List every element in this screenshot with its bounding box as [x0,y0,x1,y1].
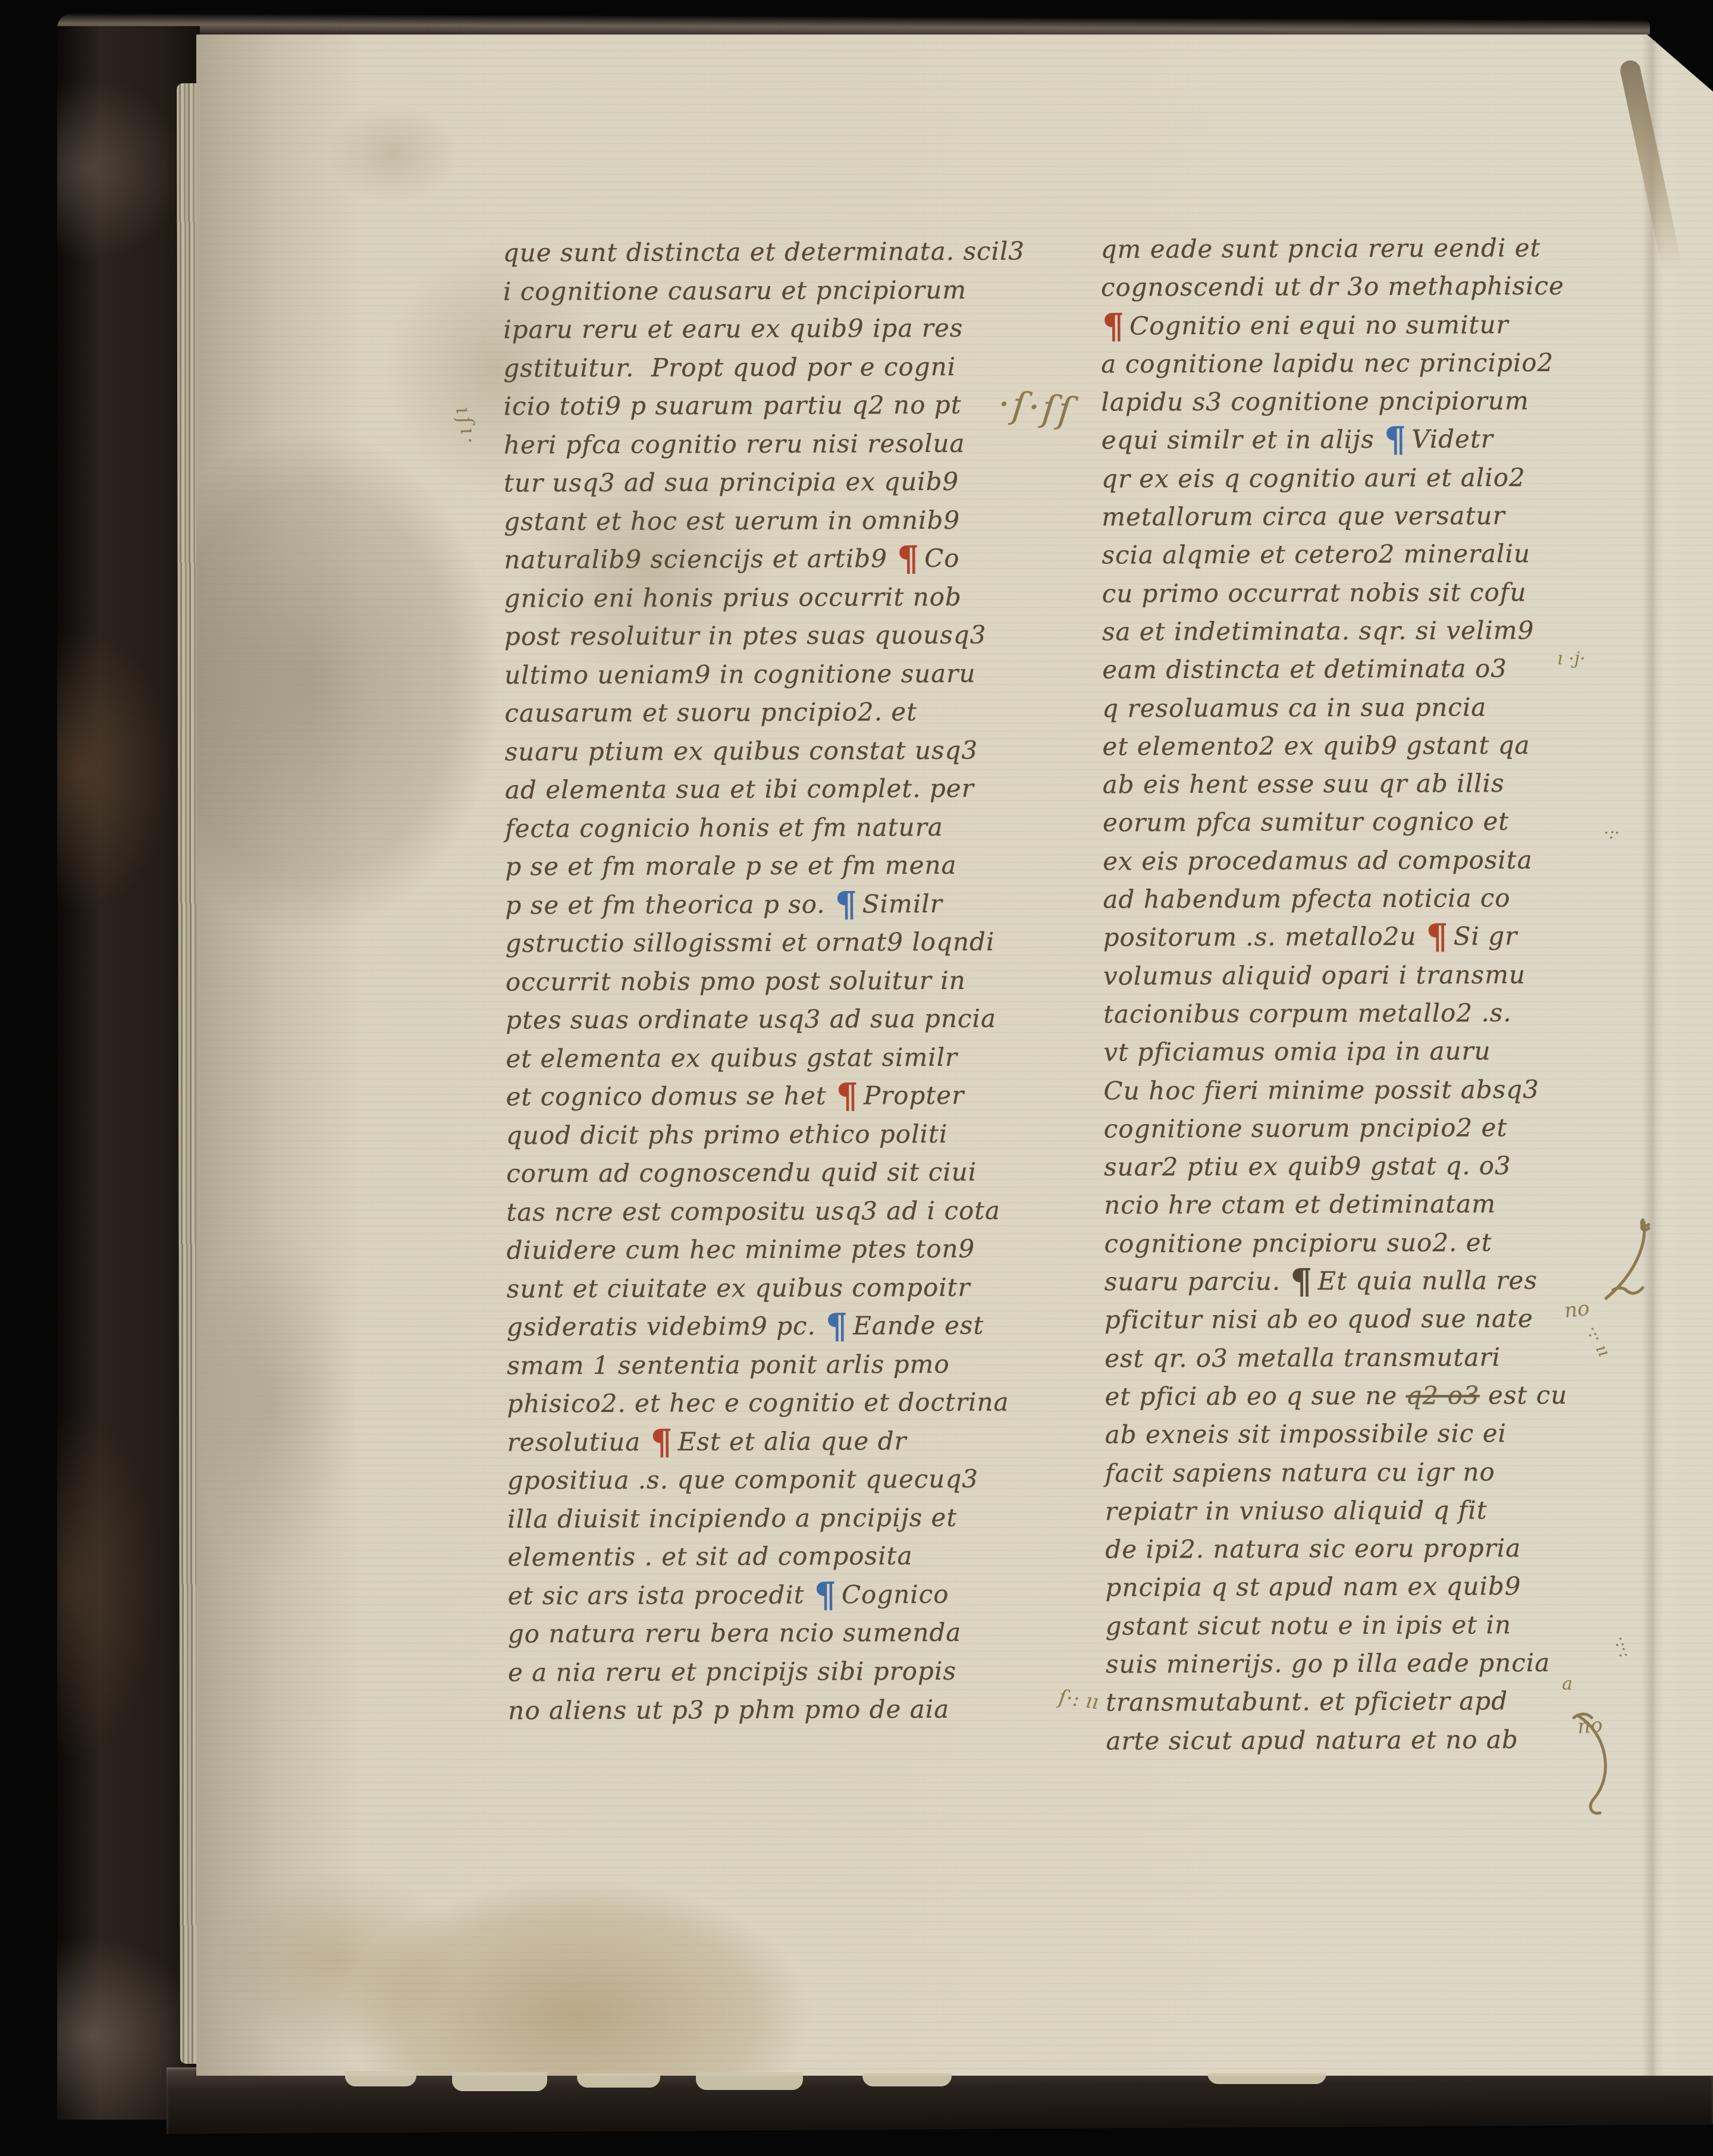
manuscript-text-line: scia alqmie et cetero2 mineraliu [1102,535,1637,575]
manuscript-text-line: gstructio sillogissmi et ornat9 loqndi [506,922,1029,963]
text-segment: tacionibus corpum metallo2 .s. [1103,998,1512,1028]
manuscript-text-line: heri pfca cognitio reru nisi resolua [504,424,1027,465]
text-segment: cognitione pncipioru suo2. et [1104,1228,1492,1258]
manuscript-text-line: et elemento2 ex quib9 gstant qa [1102,726,1637,765]
text-segment: arte sicut apud natura et no ab [1106,1725,1519,1755]
text-segment: et cognico domus se het [506,1081,835,1112]
pilcrow-mark: ¶ [826,1309,848,1344]
pilcrow-mark: ¶ [897,541,920,576]
text-segment: Cognitio eni equi no sumitur [1130,310,1509,340]
manuscript-text-line: q resoluamus ca in sua pncia [1102,688,1637,727]
pen-flourish-lower [1560,1709,1631,1828]
manuscript-text-line: icio toti9 p suarum partiu q2 no pt [504,385,1027,426]
manuscript-text-line: volumus aliquid opari i transmu [1103,955,1639,995]
text-segment: Est et alia que dr [678,1426,907,1456]
text-segment: tur usq3 ad sua principia ex quib9 [504,467,959,498]
manuscript-text-line: est qr. o3 metalla transmutari [1105,1338,1640,1377]
manuscript-text-line: vt pficiamus omia ipa in auru [1103,1032,1639,1072]
manuscript-text-line: de ipi2. natura sic eoru propria [1105,1529,1640,1569]
text-segment: cognoscendi ut dr 3o methaphisice [1101,271,1564,302]
manuscript-text-line: tas ncre est compositu usq3 ad i cota [506,1191,1030,1232]
text-segment: tas ncre est compositu usq3 ad i cota [506,1195,1000,1226]
text-segment: iparu reru et earu ex quib9 ipa res [503,313,963,344]
text-segment: gstituitur. Propt quod por e cogni [503,352,956,382]
text-segment: cu primo occurrat nobis sit cofu [1102,578,1527,608]
text-segment: suar2 ptiu ex quib9 gstat q. o3 [1104,1151,1511,1181]
torn-bottom-edge [1207,2073,1326,2084]
text-segment: Similr [862,889,943,918]
text-segment: ex eis procedamus ad composita [1103,845,1533,876]
manuscript-text-line: et elementa ex quibus gstat similr [506,1038,1029,1078]
manuscript-text-line: sunt et ciuitate ex quibus compoitr [507,1268,1030,1308]
text-column-left: que sunt distincta et determinata. scil3… [503,232,1032,1730]
manuscript-text-line: ab eis hent esse suu qr ab illis [1103,764,1638,804]
text-segment: suaru ptium ex quibus constat usq3 [505,735,978,766]
text-segment: vt pficiamus omia ipa in auru [1103,1037,1491,1067]
marginal-nota-intercolumn: ·ſ·ſſ [996,381,1077,432]
manuscript-text-line: smam 1 sententia ponit arlis pmo [507,1345,1030,1385]
manuscript-text-line: resolutiua ¶Est et alia que dr [507,1421,1031,1462]
text-segment: go natura reru bera ncio sumenda [508,1618,962,1649]
manuscript-text-line: ultimo ueniam9 in cognitione suaru [504,654,1028,695]
manuscript-text-line: et pfici ab eo q sue ne q2 o3 est cu [1105,1376,1640,1416]
text-segment: occurrit nobis pmo post soluitur in [506,965,966,996]
text-segment: pncipia q st apud nam ex quib9 [1105,1572,1521,1602]
text-segment: q resoluamus ca in sua pncia [1102,692,1486,723]
text-segment: illa diuisit incipiendo a pncipijs et [507,1502,957,1533]
text-segment: ad elementa sua et ibi complet. per [505,774,974,805]
manuscript-text-line: gnicio eni honis prius occurrit nob [504,578,1028,618]
text-segment: ncio hre ctam et detiminatam [1104,1190,1496,1220]
manuscript-text-line: positorum .s. metallo2u ¶Si gr [1103,917,1639,957]
text-segment: gnicio eni honis prius occurrit nob [504,582,962,613]
text-segment: e a nia reru et pncipijs sibi propis [508,1656,956,1687]
text-segment: gstant et hoc est uerum in omnib9 [504,505,960,536]
text-segment: no aliens ut p3 p phm pmo de aia [508,1694,949,1725]
marginal-mark-right-2: ·:· [1604,823,1620,843]
manuscript-text-line: causarum et suoru pncipio2. et [504,692,1028,733]
manuscript-text-line: corum ad cognoscendu quid sit ciui [506,1153,1030,1193]
text-segment: phisico2. et hec e cognitio et doctrina [507,1388,1009,1418]
text-segment: gpositiua .s. que componit quecuq3 [507,1464,978,1495]
text-segment: a cognitione lapidu nec principio2 [1101,348,1554,379]
manuscript-text-line: eorum pfca sumitur cognico et [1103,802,1638,842]
text-segment: eorum pfca sumitur cognico et [1103,807,1509,837]
manuscript-page: que sunt distincta et determinata. scil3… [196,34,1713,2076]
text-segment: Si gr [1454,921,1518,950]
text-segment: Cognico [842,1579,949,1609]
marginal-nota-left: ıſı· [451,404,483,450]
text-segment: gstructio sillogissmi et ornat9 loqndi [506,927,995,958]
manuscript-text-line: diuidere cum hec minime ptes ton9 [506,1229,1030,1270]
torn-bottom-edge [452,2072,547,2091]
text-segment: et elementa ex quibus gstat similr [506,1042,958,1073]
pilcrow-mark: ¶ [651,1424,673,1459]
text-segment: Propter [864,1081,964,1110]
text-segment: Co [924,544,960,573]
manuscript-text-line: gstant et hoc est uerum in omnib9 [504,501,1027,541]
text-segment: qr ex eis q cognitio auri et alio2 [1102,463,1526,493]
text-segment: Cu hoc fieri minime possit absq3 [1103,1075,1539,1106]
manuscript-text-line: cognoscendi ut dr 3o methaphisice [1101,267,1636,307]
text-segment: fecta cognicio honis et fm natura [505,812,943,843]
manuscript-text-line: ex eis procedamus ad composita [1103,840,1638,880]
text-segment: p se et fm theorica p so. [505,889,834,919]
text-segment: qm eade sunt pncia reru eendi et [1101,233,1541,264]
text-segment: naturalib9 sciencijs et artib9 [504,544,896,574]
text-segment: ptes suas ordinate usq3 ad sua pncia [506,1004,996,1035]
manuscript-text-line: sa et indetiminata. sqr. si velim9 [1102,611,1637,651]
manuscript-text-line: facit sapiens natura cu igr no [1105,1452,1640,1492]
text-segment: diuidere cum hec minime ptes ton9 [506,1234,975,1265]
pilcrow-mark: ¶ [1384,422,1407,457]
text-segment: smam 1 sententia ponit arlis pmo [507,1349,950,1380]
text-segment: suaru parciu. [1105,1266,1290,1296]
manuscript-text-line: ad habendum pfecta noticia co [1103,878,1638,918]
manuscript-text-line: metallorum circa que versatur [1102,497,1637,536]
text-segment: est qr. o3 metalla transmutari [1105,1342,1501,1373]
text-segment: pficitur nisi ab eo quod sue nate [1105,1304,1533,1335]
manuscript-text-line: Cu hoc fieri minime possit absq3 [1103,1070,1639,1110]
manuscript-text-line: ptes suas ordinate usq3 ad sua pncia [506,999,1029,1040]
manuscript-text-line: p se et fm theorica p so. ¶Similr [505,884,1028,925]
text-segment: Eande est [853,1311,984,1341]
pen-flourish-upper [1595,1209,1673,1310]
manuscript-text-line: no aliens ut p3 p phm pmo de aia [508,1690,1031,1730]
manuscript-text-line: i cognitione causaru et pncipiorum [503,271,1027,311]
manuscript-photo: que sunt distincta et determinata. scil3… [0,0,1713,2156]
marginal-mark-right-1: ı ·j· [1557,648,1586,669]
text-segment: volumus aliquid opari i transmu [1103,960,1526,990]
manuscript-text-line: suaru ptium ex quibus constat usq3 [505,731,1028,771]
manuscript-text-line: qr ex eis q cognitio auri et alio2 [1102,458,1637,498]
manuscript-text-line: gstant sicut notu e in ipis et in [1106,1605,1641,1645]
text-segment: cognitione suorum pncipio2 et [1104,1113,1508,1143]
manuscript-text-line: cognitione suorum pncipio2 et [1104,1108,1639,1148]
text-segment: Videtr [1411,425,1494,454]
manuscript-text-line: et cognico domus se het ¶Propter [506,1076,1030,1116]
text-segment: metallorum circa que versatur [1102,501,1505,531]
manuscript-text-line: lapidu s3 cognitione pncipiorum [1101,382,1636,422]
text-segment: icio toti9 p suarum partiu q2 no pt [504,390,962,421]
text-segment: que sunt distincta et determinata. scil3 [503,236,1025,267]
manuscript-text-line: tacionibus corpum metallo2 .s. [1103,993,1639,1033]
text-column-right: qm eade sunt pncia reru eendi etcognosce… [1101,228,1642,1760]
manuscript-text-line: phisico2. et hec e cognitio et doctrina [507,1383,1030,1423]
manuscript-text-line: e a nia reru et pncipijs sibi propis [508,1652,1031,1692]
text-segment: Et quia nulla res [1317,1266,1538,1295]
manuscript-text-line: que sunt distincta et determinata. scil3 [503,232,1027,272]
torn-bottom-edge [696,2072,803,2090]
text-segment: q2 o3 [1406,1380,1480,1410]
text-segment: i cognitione causaru et pncipiorum [503,275,967,306]
manuscript-text-line: suaru parciu. ¶Et quia nulla res [1105,1261,1640,1301]
torn-corner-top-right [1633,34,1713,92]
torn-bottom-edge [577,2073,660,2088]
manuscript-text-line: pficitur nisi ab eo quod sue nate [1105,1300,1640,1339]
manuscript-text-line: ad elementa sua et ibi complet. per [505,769,1028,809]
text-segment: ad habendum pfecta noticia co [1103,883,1510,914]
torn-bottom-edge [345,2071,416,2086]
text-segment: et pfici ab eo q sue ne [1105,1381,1405,1411]
manuscript-text-line: go natura reru bera ncio sumenda [508,1613,1031,1653]
manuscript-text-line: et sic ars ista procedit ¶Cognico [507,1575,1031,1615]
text-segment: corum ad cognoscendu quid sit ciui [506,1157,977,1188]
text-segment: positorum .s. metallo2u [1103,922,1425,952]
text-segment: sa et indetiminata. sqr. si velim9 [1102,616,1535,647]
text-segment: elementis . et sit ad composita [507,1541,912,1571]
pilcrow-mark: ¶ [1426,919,1449,954]
manuscript-text-line: equi similr et in alijs ¶Videtr [1102,420,1637,460]
text-segment: heri pfca cognitio reru nisi resolua [504,428,965,459]
text-segment: ab eis hent esse suu qr ab illis [1103,768,1505,799]
pilcrow-mark: ¶ [814,1577,837,1612]
marginal-nota-right-column: ſ·: ıı [1058,1686,1100,1715]
text-segment: repiatr in vniuso aliquid q fit [1105,1495,1488,1526]
text-segment: causarum et suoru pncipio2. et [504,697,917,727]
manuscript-text-line: illa diuisit incipiendo a pncipijs et [507,1498,1031,1539]
text-segment: suis minerijs. go p illa eade pncia [1106,1648,1550,1679]
manuscript-text-line: post resoluitur in ptes suas quousq3 [504,616,1028,656]
manuscript-text-line: naturalib9 sciencijs et artib9 ¶Co [504,539,1027,579]
text-segment: de ipi2. natura sic eoru propria [1105,1533,1521,1564]
pilcrow-mark: ¶ [1102,309,1125,343]
manuscript-text-line: suis minerijs. go p illa eade pncia [1106,1643,1641,1683]
manuscript-text-line: repiatr in vniuso aliquid q fit [1105,1490,1640,1530]
manuscript-text-line: tur usq3 ad sua principia ex quib9 [504,462,1027,503]
text-segment: equi similr et in alijs [1102,425,1383,455]
pilcrow-mark: ¶ [836,1078,859,1113]
pilcrow-mark: ¶ [1290,1264,1313,1298]
text-segment: lapidu s3 cognitione pncipiorum [1101,386,1529,417]
text-segment: p se et fm morale p se et fm mena [505,851,956,881]
manuscript-text-line: iparu reru et earu ex quib9 ipa res [503,309,1027,349]
manuscript-text-line: gpositiua .s. que componit quecuq3 [507,1460,1031,1500]
manuscript-text-line: ncio hre ctam et detiminatam [1104,1185,1639,1225]
marginal-note-a: a [1562,1674,1573,1694]
text-segment: eam distincta et detiminata o3 [1102,654,1507,684]
text-segment: et elemento2 ex quib9 gstant qa [1102,730,1530,761]
text-segment: scia alqmie et cetero2 mineraliu [1102,539,1530,570]
text-segment: transmutabunt. et pficietr apd [1106,1686,1508,1716]
text-segment: gstant sicut notu e in ipis et in [1106,1610,1511,1640]
text-segment: gsideratis videbim9 pc. [507,1311,824,1342]
text-segment: et sic ars ista procedit [508,1580,814,1610]
manuscript-text-line: occurrit nobis pmo post soluitur in [506,961,1029,1002]
torn-bottom-edge [862,2073,952,2086]
manuscript-text-line: p se et fm morale p se et fm mena [505,846,1028,886]
text-segment: est cu [1480,1380,1568,1410]
text-segment: post resoluitur in ptes suas quousq3 [504,620,987,651]
manuscript-text-line: cognitione pncipioru suo2. et [1104,1223,1639,1263]
manuscript-text-line: suar2 ptiu ex quib9 gstat q. o3 [1104,1147,1639,1187]
manuscript-text-line: ¶Cognitio eni equi no sumitur [1101,305,1636,345]
manuscript-text-line: cu primo occurrat nobis sit cofu [1102,573,1637,613]
manuscript-text-line: quod dicit phs primo ethico politi [506,1115,1030,1155]
manuscript-text-line: a cognitione lapidu nec principio2 [1101,343,1636,383]
manuscript-text-line: elementis . et sit ad composita [507,1536,1031,1577]
text-segment: ultimo ueniam9 in cognitione suaru [504,658,975,689]
text-segment: ab exneis sit impossibile sic ei [1105,1418,1507,1449]
text-segment: quod dicit phs primo ethico politi [506,1119,948,1150]
manuscript-text-line: fecta cognicio honis et fm natura [505,808,1028,848]
pilcrow-mark: ¶ [835,887,858,921]
text-segment: resolutiua [507,1427,650,1457]
text-segment: sunt et ciuitate ex quibus compoitr [507,1272,971,1303]
manuscript-text-line: qm eade sunt pncia reru eendi et [1101,228,1636,268]
manuscript-text-line: gsideratis videbim9 pc. ¶Eande est [507,1306,1030,1347]
text-segment: facit sapiens natura cu igr no [1105,1457,1495,1487]
manuscript-text-line: ab exneis sit impossibile sic ei [1105,1414,1640,1454]
marginal-note-no-1: no [1563,1297,1590,1323]
manuscript-text-line: pncipia q st apud nam ex quib9 [1105,1567,1640,1607]
manuscript-text-line: gstituitur. Propt quod por e cogni [503,347,1027,388]
